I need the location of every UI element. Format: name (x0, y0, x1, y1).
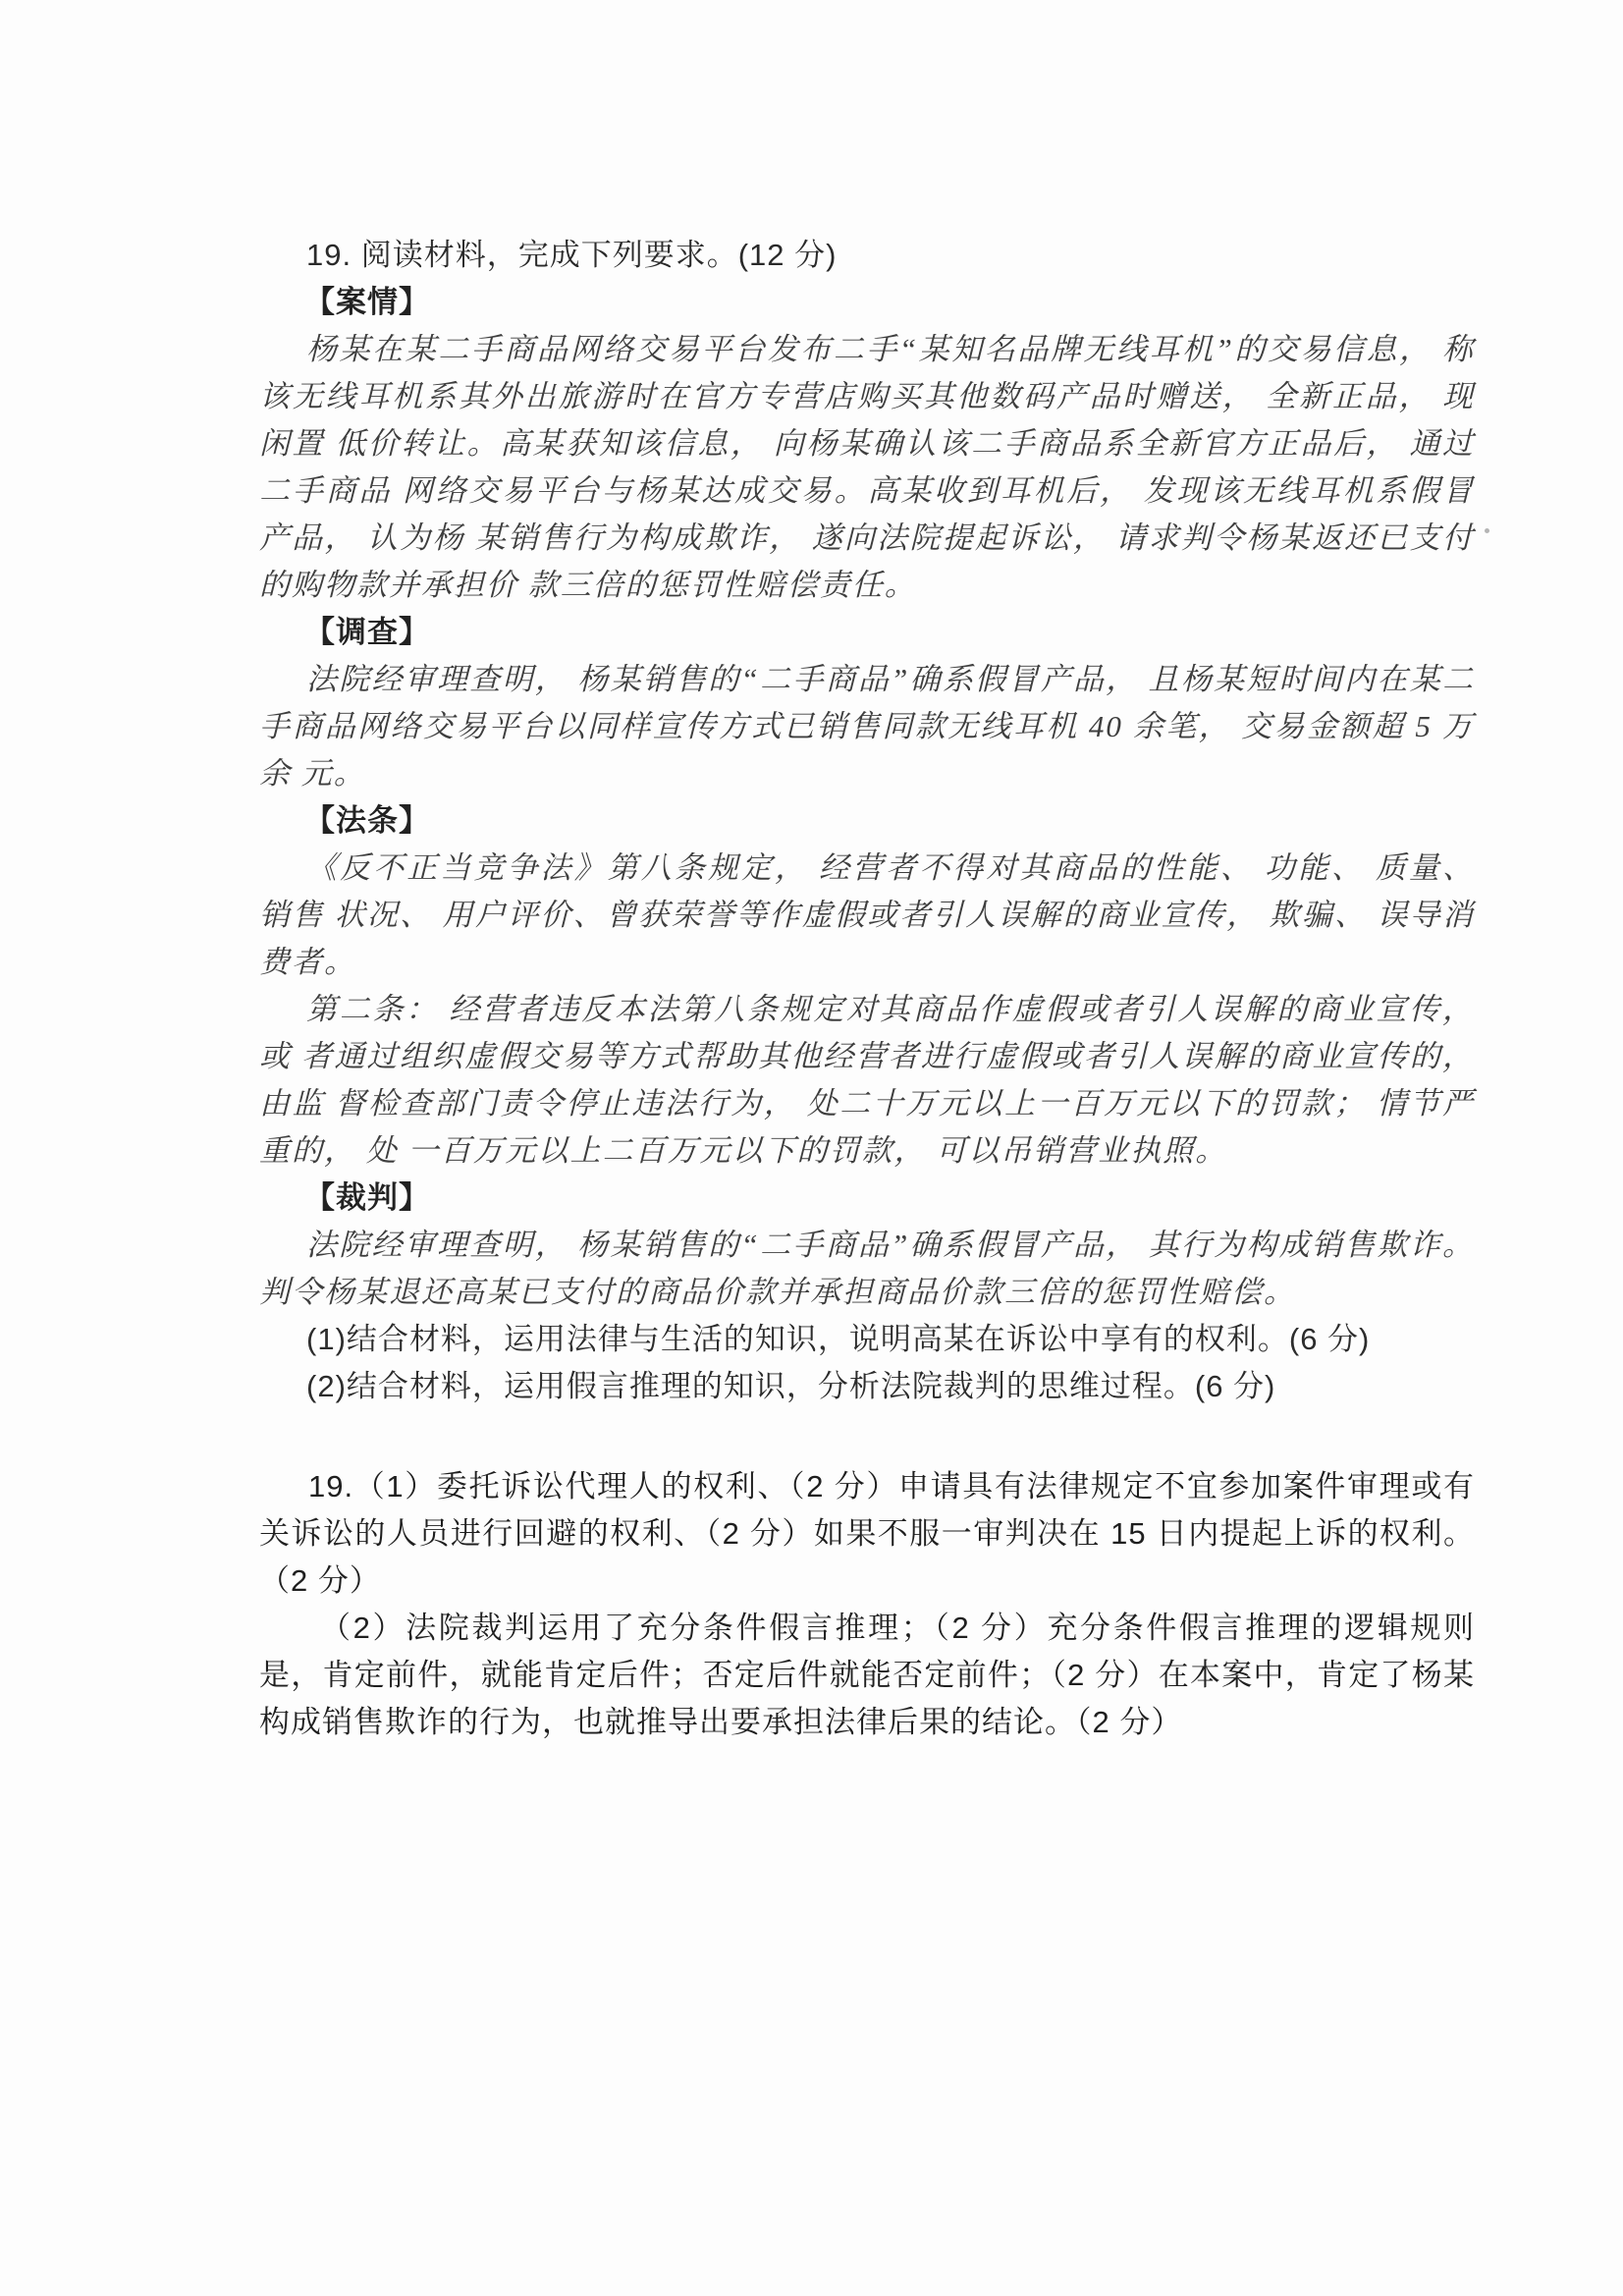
statute-paragraph-2: 第二条： 经营者违反本法第八条规定对其商品作虚假或者引人误解的商业宣传， 或 者… (259, 986, 1475, 1175)
section-statute: 【法条】 《反不正当竞争法》第八条规定， 经营者不得对其商品的性能、 功能、 质… (259, 797, 1475, 1175)
investigation-paragraph: 法院经审理查明， 杨某销售的“二手商品”确系假冒产品， 且杨某短时间内在某二 手… (259, 656, 1475, 797)
page-content: 19. 阅读材料，完成下列要求。(12 分) 【案情】 杨某在某二手商品网络交易… (259, 232, 1475, 1746)
case-paragraph: 杨某在某二手商品网络交易平台发布二手“某知名品牌无线耳机”的交易信息， 称 该无… (259, 326, 1475, 609)
subquestion-2: (2)结合材料，运用假言推理的知识，分析法院裁判的思维过程。(6 分) (259, 1363, 1475, 1410)
section-judgment: 【裁判】 法院经审理查明， 杨某销售的“二手商品”确系假冒产品， 其行为构成销售… (259, 1175, 1475, 1316)
section-case: 【案情】 杨某在某二手商品网络交易平台发布二手“某知名品牌无线耳机”的交易信息，… (259, 279, 1475, 609)
statute-paragraph-1: 《反不正当竞争法》第八条规定， 经营者不得对其商品的性能、 功能、 质量、 销售… (259, 845, 1475, 986)
subquestion-1: (1)结合材料，运用法律与生活的知识，说明高某在诉讼中享有的权利。(6 分) (259, 1316, 1475, 1363)
section-header-case: 【案情】 (304, 279, 1475, 326)
question-title: 19. 阅读材料，完成下列要求。(12 分) (306, 232, 1475, 279)
section-header-statute: 【法条】 (304, 797, 1475, 845)
answer-paragraph-2: （2）法院裁判运用了充分条件假言推理；（2 分）充分条件假言推理的逻辑规则是，肯… (259, 1605, 1475, 1746)
scan-artifact-dot (1485, 528, 1489, 533)
answer-block: 19.（1）委托诉讼代理人的权利、（2 分）申请具有法律规定不宜参加案件审理或有… (259, 1463, 1475, 1746)
section-investigation: 【调查】 法院经审理查明， 杨某销售的“二手商品”确系假冒产品， 且杨某短时间内… (259, 609, 1475, 797)
judgment-paragraph: 法院经审理查明， 杨某销售的“二手商品”确系假冒产品， 其行为构成销售欺诈。 判… (259, 1222, 1475, 1316)
scanned-exam-page: 19. 阅读材料，完成下列要求。(12 分) 【案情】 杨某在某二手商品网络交易… (0, 0, 1623, 2296)
section-header-investigation: 【调查】 (304, 609, 1475, 656)
answer-paragraph-1: 19.（1）委托诉讼代理人的权利、（2 分）申请具有法律规定不宜参加案件审理或有… (259, 1463, 1475, 1605)
section-header-judgment: 【裁判】 (304, 1175, 1475, 1222)
